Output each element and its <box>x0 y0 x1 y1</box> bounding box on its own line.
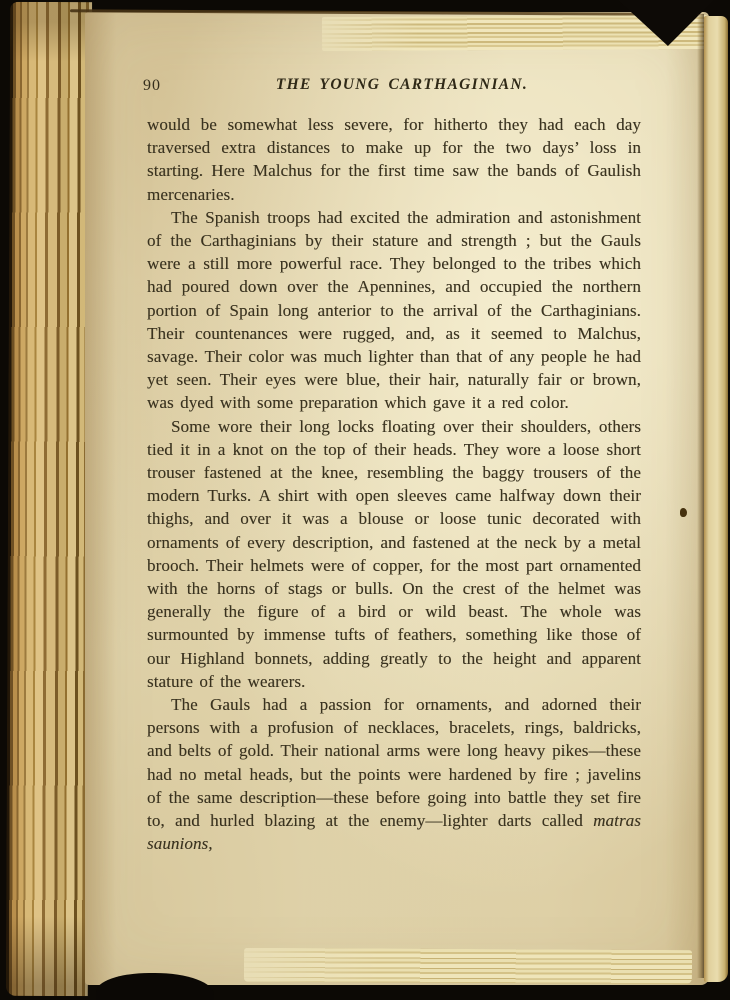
body-text: would be somewhat less severe, for hithe… <box>147 113 641 856</box>
paragraph-1: would be somewhat less severe, for hithe… <box>147 113 641 206</box>
paragraph-2: The Spanish troops had excited the admir… <box>147 206 641 415</box>
page-number: 90 <box>143 77 161 95</box>
paragraph-4: The Gauls had a passion for ornaments, a… <box>147 693 641 855</box>
adjacent-page-edge <box>704 16 728 982</box>
running-header-title: THE YOUNG CARTHAGINIAN. <box>147 74 641 94</box>
running-head: 90 THE YOUNG CARTHAGINIAN. <box>147 74 641 98</box>
paragraph-4-text: The Gauls had a passion for ornaments, a… <box>147 695 641 830</box>
book-left-page-edges <box>6 2 92 996</box>
photographed-book-page: { "book_page": { "page_number": "90", "r… <box>0 0 730 1000</box>
page-content: 90 THE YOUNG CARTHAGINIAN. would be some… <box>147 74 641 856</box>
bottom-fore-edge-streaks <box>244 948 692 984</box>
ink-speck <box>680 508 687 517</box>
page-right-edge-shadow <box>697 14 704 978</box>
paragraph-3: Some wore their long locks floating over… <box>147 415 641 693</box>
